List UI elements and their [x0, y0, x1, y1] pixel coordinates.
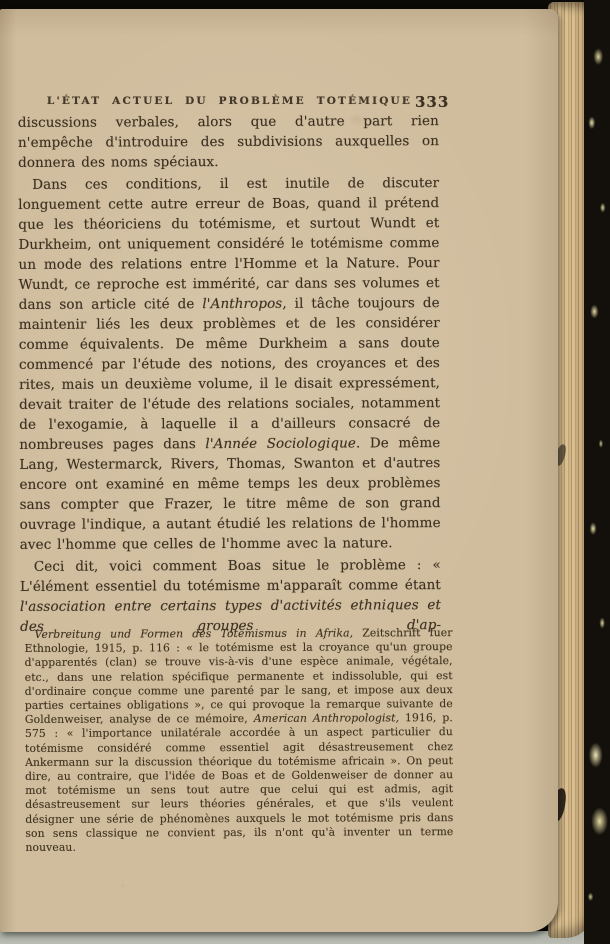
footnote: Verbreitung und Formen des Totemismus in… [25, 626, 454, 855]
paragraph: discussions verbales, alors que d'autre … [18, 111, 439, 173]
text-run: Dans ces conditions, il est inutile de d… [18, 175, 439, 313]
text-run: , il tâche toujours de maintenir liés le… [19, 295, 441, 453]
page-number: 333 [415, 93, 449, 111]
text-run: Ceci dit, voici comment Boas situe le pr… [20, 557, 441, 595]
paragraph: Dans ces conditions, il est inutile de d… [18, 173, 441, 555]
text-run: 1916, p. 575 : « l'importance unilatéral… [25, 711, 453, 854]
italic-text-run: Verbreitung und Formen des Totemismus in… [35, 627, 354, 641]
italic-text-run: American Anthropologist, [254, 712, 399, 726]
text-run: discussions verbales, alors que d'autre … [18, 113, 439, 171]
body-text: discussions verbales, alors que d'autre … [18, 111, 441, 637]
page-header: L'ÉTAT ACTUEL DU PROBLÈME TOTÉMIQUE [19, 95, 440, 113]
italic-text-run: l'Année Sociologique [205, 435, 356, 452]
book-page: L'ÉTAT ACTUEL DU PROBLÈME TOTÉMIQUE 333 … [0, 9, 558, 932]
marbled-book-cover [584, 0, 610, 944]
book-scan-photo: L'ÉTAT ACTUEL DU PROBLÈME TOTÉMIQUE 333 … [0, 0, 610, 944]
text-run: . De même Lang, Westermarck, Rivers, Tho… [19, 435, 440, 553]
running-header-title: L'ÉTAT ACTUEL DU PROBLÈME TOTÉMIQUE [19, 95, 440, 107]
table-surface [0, 931, 592, 944]
italic-text-run: l'Anthropos [202, 296, 282, 312]
paragraph: Ceci dit, voici comment Boas situe le pr… [20, 555, 441, 637]
